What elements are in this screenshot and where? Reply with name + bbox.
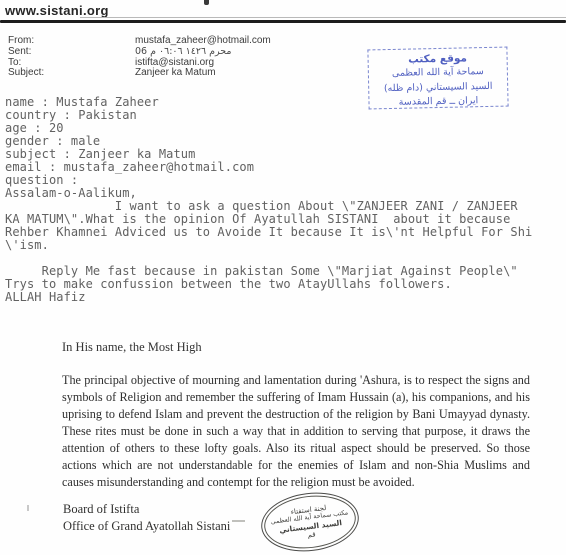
stamp-text: لجنة استفتاء مكتب سماحة آية الله العظمى … (258, 487, 362, 555)
sent-value: محرم ١٤٢٦ ٠٦:٠٦ م 06 (135, 47, 231, 58)
scan-artifact-dash (232, 520, 245, 522)
signature-block: Board of Istifta Office of Grand Ayatoll… (63, 501, 230, 534)
email-header-row-sent: Sent: محرم ١٤٢٦ ٠٦:٠٦ م 06 (8, 47, 271, 58)
scan-artifact-top (204, 0, 209, 5)
site-title: www.sistani.org (5, 3, 109, 18)
header-rule (0, 20, 566, 23)
subject-label: Subject: (8, 68, 135, 79)
answer-bismillah: In His name, the Most High (62, 340, 202, 355)
answer-body: The principal objective of mourning and … (62, 372, 530, 491)
subject-value: Zanjeer ka Matum (135, 68, 216, 79)
office-stamp-line: السيد السيستاني (دام ظله) (369, 79, 507, 96)
round-stamp-line: قم (307, 530, 316, 539)
scan-artifact-colon (27, 505, 29, 511)
signature-office: Office of Grand Ayatollah Sistani (63, 518, 230, 535)
header-rule-ghost (80, 17, 566, 18)
sent-label: Sent: (8, 47, 135, 58)
istifta-committee-stamp: لجنة استفتاء مكتب سماحة آية الله العظمى … (258, 487, 362, 555)
scanned-document-page: www.sistani.org From: mustafa_zaheer@hot… (0, 0, 566, 555)
email-header: From: mustafa_zaheer@hotmail.com Sent: م… (8, 36, 271, 79)
email-header-row-subject: Subject: Zanjeer ka Matum (8, 68, 271, 79)
question-form-text: name : Mustafa Zaheer country : Pakistan… (5, 96, 532, 304)
signature-board: Board of Istifta (63, 501, 230, 518)
